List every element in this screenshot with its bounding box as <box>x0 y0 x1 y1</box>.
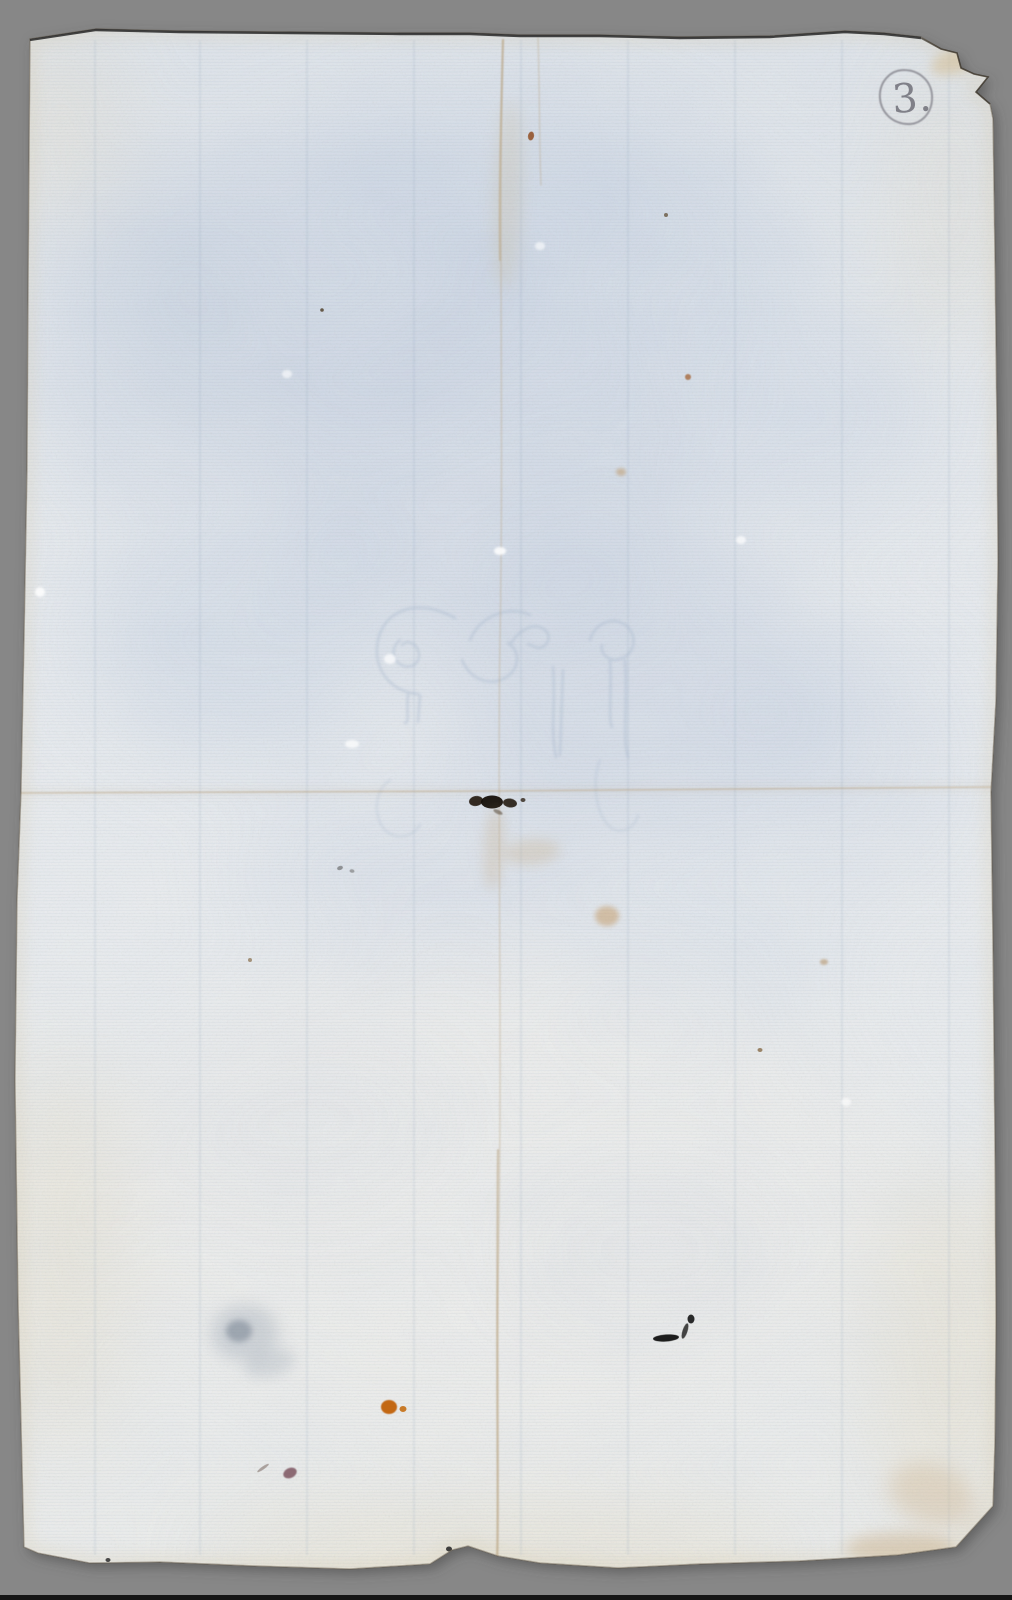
white-fleck-5 <box>841 1098 851 1106</box>
white-fleck-2 <box>736 536 746 544</box>
foxing-spot-1 <box>616 468 626 476</box>
gray-smudge-core <box>226 1320 252 1342</box>
rust-spot-satellite <box>400 1406 407 1412</box>
dark-speck-1 <box>320 308 324 312</box>
white-fleck-8 <box>535 242 545 250</box>
white-fleck-3 <box>35 587 45 597</box>
brown-fleck-1 <box>758 1048 763 1052</box>
rust-spot <box>381 1400 397 1414</box>
white-fleck-6 <box>384 654 396 664</box>
document-scan-svg: 3. <box>0 0 1012 1600</box>
foxing-spot-3 <box>820 959 828 965</box>
white-fleck-4 <box>345 740 359 748</box>
edge-speck-bottom-1 <box>106 1558 111 1562</box>
scan-bottom-strip <box>0 1595 1012 1600</box>
scanned-document-page: 3. <box>0 0 1012 1600</box>
paper-surface-layers: 3. <box>0 0 1012 1600</box>
brown-fleck-2 <box>248 958 252 962</box>
ink-blot-main <box>481 796 503 809</box>
tan-spot <box>595 906 619 926</box>
white-fleck-7 <box>282 370 292 378</box>
dark-speck-2 <box>664 213 668 217</box>
folio-number: 3. <box>891 74 934 123</box>
ink-blot-speck <box>521 798 526 802</box>
ink-check-dot <box>688 1315 695 1324</box>
white-fleck-1 <box>494 547 506 555</box>
foxing-spot-2 <box>685 374 691 380</box>
